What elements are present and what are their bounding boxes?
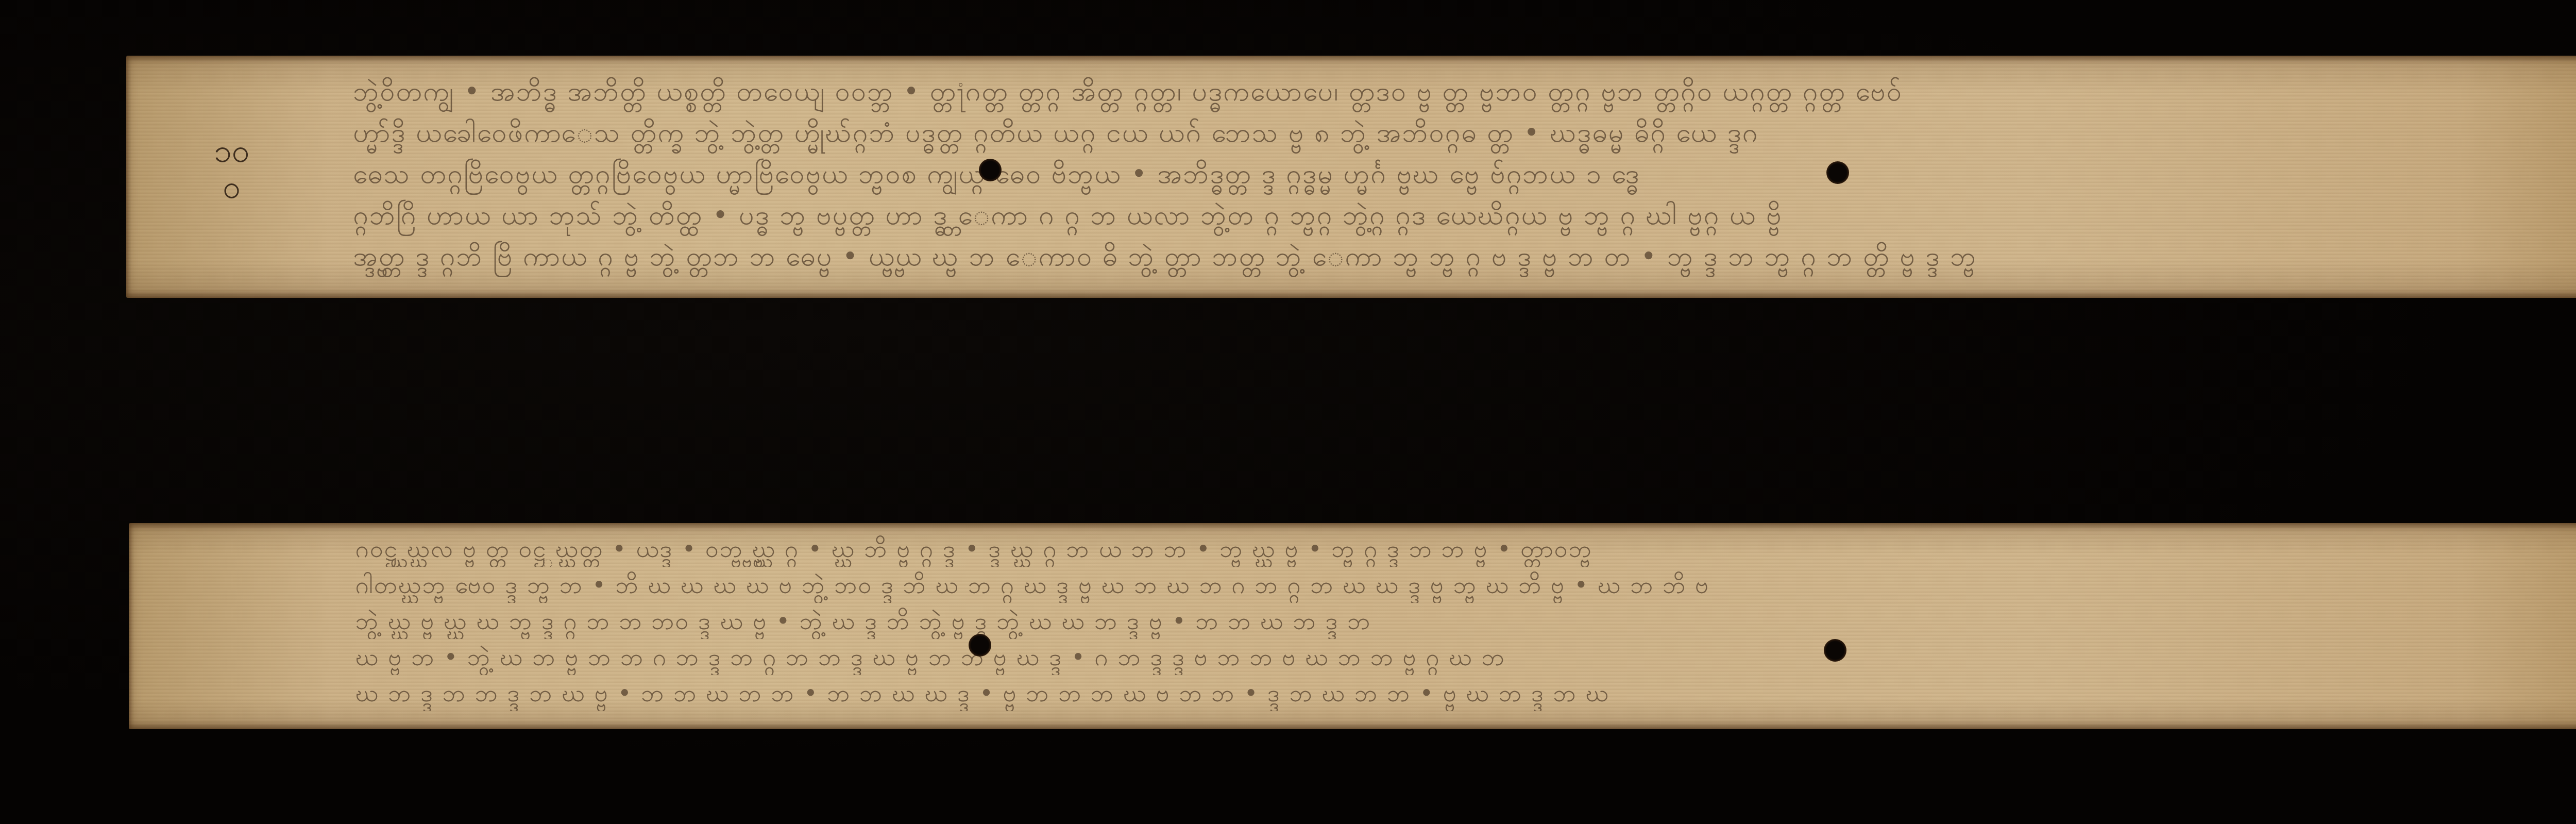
manuscript-line: ဃ ဗ္ဗ ဘ • ဘွဲ့ ဃ ဘ ဗ္ဗ ဘ ဘ ဂ ဘ ဒ္ဒ ဘ ဂ္ဂ…	[355, 639, 2427, 675]
folio-number: ၁၀ ဝ	[204, 133, 260, 205]
manuscript-line: ဂဝဋ္ဌ္ယ ဃ္ဃလ ဗ္ဗ တ္တ ဝဋ္ဌ္ ဃ္ဃတ္တ • ယဒ္ဒ…	[355, 531, 2427, 567]
manuscript-line: ဟ္မာ်ဒ္ဒိ ယခေါဝေဖိကာေသ တ္တိက္ခ ဘွဲ့ ဘွဲ့…	[353, 112, 2429, 154]
string-hole-right	[1826, 161, 1849, 184]
manuscript-line: ဂ္ဂဘိဂြိ ဟာယ ယာ ဘုသ် ဘွဲ့ တိတ္ထ • ပဒ္ဓ ဘ…	[353, 195, 2429, 236]
manuscript-line: ဃ ဘ ဒ္ဒ ဘ ဘ ဒ္ဒ ဘ ဃ ဗ္ဗ • ဘ ဘ ဃ ဘ ဘ • ဘ …	[355, 675, 2427, 711]
string-hole-left	[979, 159, 1002, 181]
string-hole-left	[969, 634, 991, 657]
manuscript-line: ဘွဲ့ ဃ္ဃ ဗ္ဗ ဃ္ဃ ဃ ဘ္ဗ ဒ္ဒ ဂ္ဂ ဘ ဘ ဘဝ ဒ္…	[355, 603, 2427, 639]
palm-leaf-bottom: ဂဝဋ္ဌ္ယ ဃ္ဃလ ဗ္ဗ တ္တ ဝဋ္ဌ္ ဃ္ဃတ္တ • ယဒ္ဒ…	[129, 523, 2576, 729]
manuscript-line: ဓေသ တဂ္ဂဗြိဝေဗွယ တ္တဂ္ဂဗြိဝေဗွယ ဟ္မာဗြိဝ…	[353, 154, 2429, 195]
manuscript-line: ဂါတဃ္ဃဘ္ဗ ဗေဝ ဒ္ဒ ဘ္ဗ ဘ • ဘိ ဃ ဃ ဃ ဃ ဗ ဘ…	[355, 567, 2427, 603]
manuscript-line: ဘွဲ့ဝိတကျွ • အဘိဒ္ဓ အဘိတ္တိ ယစ္စတ္တိ တဝေ…	[353, 71, 2429, 112]
palm-leaf-top: ၁၀ ဝ ဘွဲ့ဝိတကျွ • အဘိဒ္ဓ အဘိတ္တိ ယစ္စတ္တ…	[126, 56, 2576, 298]
string-hole-right	[1824, 639, 1846, 662]
manuscript-line: အ္ဒ္ဗတ္တ ဒ္ဒ ဂ္ဂဘိ ဗြိ ကာယ ဂ္ဂ ဗ္ဗ ဘွဲ့ …	[353, 236, 2429, 277]
